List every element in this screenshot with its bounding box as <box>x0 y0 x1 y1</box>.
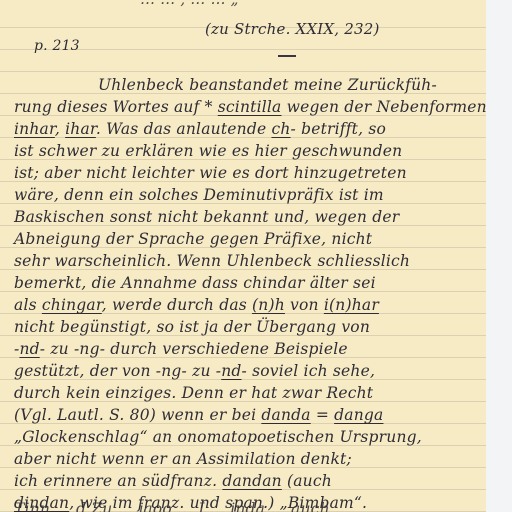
line-text: ich erinnere an südfranz. <box>14 472 222 490</box>
line-text: gestützt, der von -ng- zu - <box>14 362 221 380</box>
manuscript-line: gestützt, der von -ng- zu -nd- soviel ic… <box>14 360 375 382</box>
line-text: - soviel ich sehe, <box>242 362 376 380</box>
manuscript-line: bemerkt, die Annahme dass chindar älter … <box>14 272 376 294</box>
underlined-term: nd <box>19 340 39 358</box>
underlined-term: (n)h <box>252 296 285 314</box>
underlined-term: ihar <box>65 120 96 138</box>
manuscript-line: ist schwer zu erklären wie es hier gesch… <box>14 140 402 162</box>
line-text: ist schwer zu erklären wie es hier gesch… <box>14 142 402 160</box>
underlined-term: ch <box>271 120 290 138</box>
underlined-term: inhar <box>14 120 55 138</box>
line-text: ist; aber nicht leichter wie es dort hin… <box>14 164 407 182</box>
line-text: (Vgl. Lautl. S. 80) wenn er bei <box>14 406 261 424</box>
cutoff-bottom-line: Tinn … d Zu … jaoo … J … inda … auch … <box>14 500 351 512</box>
line-text: , <box>55 120 65 138</box>
separator-dash <box>278 55 296 57</box>
underlined-term: danga <box>334 406 383 424</box>
line-text: wäre, denn ein solches Deminutivpräfix i… <box>14 186 384 204</box>
manuscript-line: aber nicht wenn er an Assimilation denkt… <box>14 448 352 470</box>
manuscript-line: Abneigung der Sprache gegen Präfixe, nic… <box>14 228 372 250</box>
line-text: Baskischen sonst nicht bekannt und, wege… <box>14 208 399 226</box>
line-text: sehr warscheinlich. Wenn Uhlenbeck schli… <box>14 252 410 270</box>
line-text: aber nicht wenn er an Assimilation denkt… <box>14 450 352 468</box>
page-marker: p. 213 <box>34 38 80 54</box>
scan-background-margin <box>486 0 512 512</box>
manuscript-line: (Vgl. Lautl. S. 80) wenn er bei danda = … <box>14 404 383 426</box>
manuscript-line: ich erinnere an südfranz. dandan (auch <box>14 470 332 492</box>
underlined-term: i(n)har <box>324 296 379 314</box>
line-text: - betrifft, so <box>291 120 387 138</box>
line-text: bemerkt, die Annahme dass chindar älter … <box>14 274 376 292</box>
manuscript-line: Baskischen sonst nicht bekannt und, wege… <box>14 206 399 228</box>
underlined-term: danda <box>261 406 310 424</box>
line-text: wegen der Nebenformen <box>281 98 486 116</box>
line-text: von <box>285 296 324 314</box>
manuscript-line: nicht begünstigt, so ist ja der Übergang… <box>14 316 370 338</box>
manuscript-line: rung dieses Wortes auf * scintilla wegen… <box>14 96 486 118</box>
underlined-term: dandan <box>222 472 282 490</box>
line-text: - zu -ng- durch verschiedene Beispiele <box>40 340 348 358</box>
manuscript-line: -nd- zu -ng- durch verschiedene Beispiel… <box>14 338 348 360</box>
line-text: rung dieses Wortes auf * <box>14 98 218 116</box>
underlined-term: nd <box>221 362 241 380</box>
reference-heading: (zu Strche. XXIX, 232) <box>205 20 380 38</box>
line-text: , werde durch das <box>102 296 252 314</box>
line-text: nicht begünstigt, so ist ja der Übergang… <box>14 318 370 336</box>
line-text: Uhlenbeck beanstandet meine Zurückfüh- <box>98 76 437 94</box>
line-text: . Was das anlautende <box>96 120 272 138</box>
manuscript-line: Uhlenbeck beanstandet meine Zurückfüh- <box>98 74 437 96</box>
manuscript-line: inhar, ihar. Was das anlautende ch- betr… <box>14 118 386 140</box>
line-text: durch kein einziges. Denn er hat zwar Re… <box>14 384 373 402</box>
underlined-term: scintilla <box>218 98 282 116</box>
underlined-term: chingar <box>42 296 102 314</box>
line-text: = <box>311 406 334 424</box>
manuscript-line: sehr warscheinlich. Wenn Uhlenbeck schli… <box>14 250 410 272</box>
line-text: (auch <box>282 472 332 490</box>
manuscript-line: als chingar, werde durch das (n)h von i(… <box>14 294 379 316</box>
line-text: „Glockenschlag“ an onomatopoetischen Urs… <box>14 428 422 446</box>
manuscript-line: wäre, denn ein solches Deminutivpräfix i… <box>14 184 384 206</box>
manuscript-line: ist; aber nicht leichter wie es dort hin… <box>14 162 407 184</box>
line-text: als <box>14 296 42 314</box>
manuscript-line: durch kein einziges. Denn er hat zwar Re… <box>14 382 373 404</box>
cutoff-top-line: … … , … … „ <box>140 0 239 8</box>
line-text: Abneigung der Sprache gegen Präfixe, nic… <box>14 230 372 248</box>
manuscript-line: „Glockenschlag“ an onomatopoetischen Urs… <box>14 426 422 448</box>
manuscript-page: … … , … … „ (zu Strche. XXIX, 232) p. 21… <box>0 0 486 512</box>
